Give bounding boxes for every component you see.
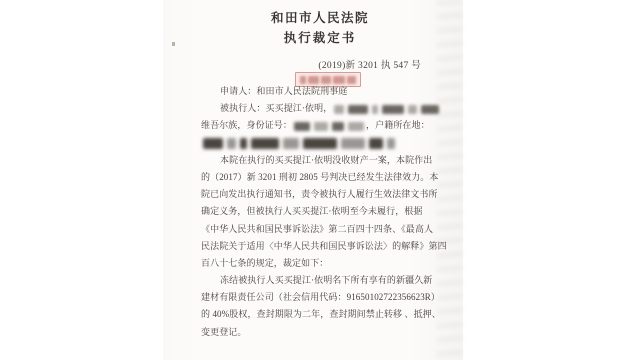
body-text: 本院在执行的买买提江·依明没收财产一案，本院作出 xyxy=(220,155,432,165)
document-header: 和田市人民法院 执行裁定书 xyxy=(271,8,369,48)
body-text: 确定义务，但被执行人买买提江·依明至今未履行，根据 xyxy=(201,206,423,216)
case-number: (2019)新 3201 执 547 号 xyxy=(318,57,421,71)
line-id-number: 维吾尔族，身份证号：，户籍所在地： xyxy=(201,117,443,134)
line-body-6: 民法院关于适用〈中华人民共和国民事诉讼法〉的解释》第四 xyxy=(201,238,443,255)
respondent-text: 被执行人：买买提江·依明， xyxy=(220,103,332,113)
redacted-blur xyxy=(421,105,439,114)
redacted-blur xyxy=(382,105,404,114)
line-applicant: 申请人：和田市人民法院刑事庭 xyxy=(201,83,443,100)
redacted-blur xyxy=(348,105,368,114)
redacted-blur xyxy=(348,122,364,131)
id-suffix-text: ，户籍所在地： xyxy=(366,120,430,130)
court-name: 和田市人民法院 xyxy=(271,8,369,28)
scan-artifact-speck xyxy=(172,42,175,46)
applicant-text: 申请人：和田市人民法院刑事庭 xyxy=(220,86,347,96)
redacted-blur xyxy=(334,105,344,114)
redacted-blur xyxy=(314,122,328,131)
line-body-7: 百八十七条的规定，裁定如下： xyxy=(201,255,443,272)
body-text: 变更登记。 xyxy=(201,327,247,337)
redacted-blur xyxy=(387,138,395,149)
redacted-blur xyxy=(240,138,247,149)
line-body-1: 本院在执行的买买提江·依明没收财产一案，本院作出 xyxy=(201,152,443,169)
redacted-blur xyxy=(341,138,365,149)
line-body-2: 的（2017）新 3201 刑初 2805 号判决已经发生法律效力。本 xyxy=(201,169,443,186)
redacted-blur xyxy=(372,105,378,114)
body-text: 的 40%股权，查封期限为二年，查封期间禁止转移 、抵押、 xyxy=(201,309,441,319)
document-page: 和田市人民法院 执行裁定书 (2019)新 3201 执 547 号 申请人：和… xyxy=(163,0,463,360)
redacted-blur xyxy=(283,138,299,149)
redacted-blur xyxy=(408,105,417,114)
document-type-title: 执行裁定书 xyxy=(271,28,369,48)
body-text: 院已向发出执行通知书，责令被执行人履行生效法律文书所 xyxy=(201,189,438,199)
line-body-11: 变更登记。 xyxy=(201,324,443,341)
body-text: 冻结被执行人买买提江·依明名下所有享有的新疆久新 xyxy=(220,275,432,285)
scanned-court-document: { "page": { "court_name": "和田市人民法院", "do… xyxy=(0,0,640,360)
line-body-3: 院已向发出执行通知书，责令被执行人履行生效法律文书所 xyxy=(201,186,443,203)
redacted-blur xyxy=(227,138,236,149)
body-text: 建材有限责任公司（社会信用代码：91650102722356623R） xyxy=(201,292,440,302)
body-text: 的（2017）新 3201 刑初 2805 号判决已经发生法律效力。本 xyxy=(201,172,439,182)
line-body-10: 的 40%股权，查封期限为二年，查封期间禁止转移 、抵押、 xyxy=(201,306,443,323)
body-text: 《中华人民共和国民事诉讼法》第二百四十四条、《最高人 xyxy=(201,224,433,234)
redacted-blur xyxy=(303,138,337,149)
redacted-blur xyxy=(203,138,223,149)
id-prefix-text: 维吾尔族，身份证号： xyxy=(201,120,292,130)
line-body-9: 建材有限责任公司（社会信用代码：91650102722356623R） xyxy=(201,289,443,306)
line-body-4: 确定义务，但被执行人买买提江·依明至今未履行，根据 xyxy=(201,203,443,220)
body-text: 民法院关于适用〈中华人民共和国民事诉讼法〉的解释》第四 xyxy=(201,241,447,251)
line-respondent: 被执行人：买买提江·依明， xyxy=(201,100,443,117)
line-body-8: 冻结被执行人买买提江·依明名下所有享有的新疆久新 xyxy=(201,272,443,289)
redacted-blur xyxy=(251,138,279,149)
redacted-blur xyxy=(332,122,344,131)
line-address-redacted xyxy=(201,135,443,152)
body-text: 百八十七条的规定，裁定如下： xyxy=(201,258,328,268)
redacted-blur xyxy=(294,122,310,131)
document-body: 申请人：和田市人民法院刑事庭 被执行人：买买提江·依明， 维吾尔族，身份证号：，… xyxy=(201,83,443,341)
redacted-blur xyxy=(369,138,383,149)
line-body-5: 《中华人民共和国民事诉讼法》第二百四十四条、《最高人 xyxy=(201,221,443,238)
